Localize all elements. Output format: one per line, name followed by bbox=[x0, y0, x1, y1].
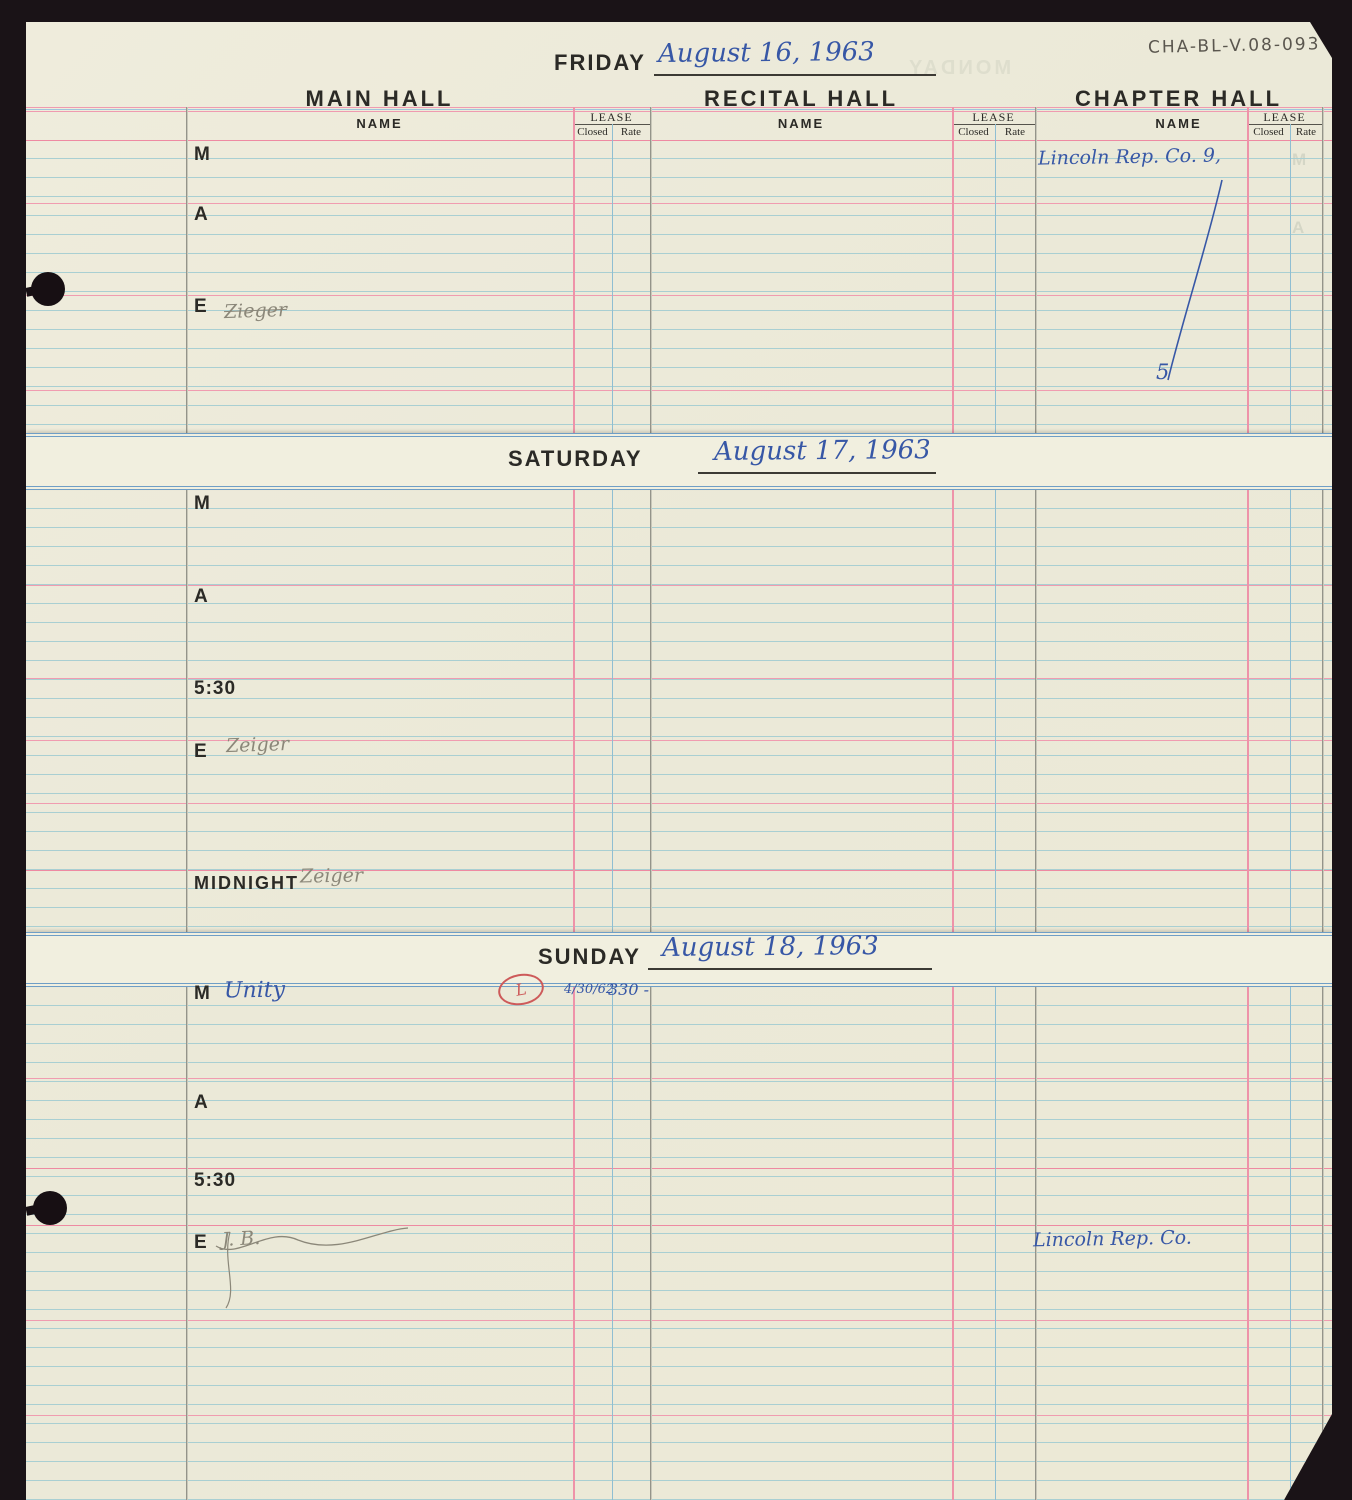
main-name-header: NAME bbox=[186, 116, 573, 131]
rule-vertical bbox=[186, 987, 188, 1500]
friday-chapter-slash-stroke bbox=[1146, 172, 1236, 392]
rule-vertical bbox=[650, 987, 652, 1500]
saturday-main-midnight-entry: Zeiger bbox=[300, 864, 363, 887]
recital-lease-underline bbox=[952, 124, 1035, 125]
sunday-marker-afternoon: A bbox=[194, 1092, 209, 1114]
rule-vertical bbox=[995, 987, 996, 1500]
rule-line bbox=[26, 140, 1332, 141]
chapter-closed-header: Closed bbox=[1247, 126, 1290, 138]
sunday-main-morning-rate-value: 330 - bbox=[608, 980, 649, 999]
rule-line bbox=[26, 740, 1332, 741]
rule-vertical bbox=[612, 124, 613, 433]
archive-code: CHA-BL-V.08-093 bbox=[1148, 34, 1321, 58]
rule-vertical bbox=[186, 107, 188, 433]
rule-vertical bbox=[1035, 490, 1037, 932]
punch-hole bbox=[33, 1191, 67, 1225]
sunday-main-evening-entry: J. B. bbox=[221, 1227, 260, 1251]
scan-backdrop: CHA-BL-V.08-093 MONDAY TUESDAY M A FRIDA… bbox=[0, 0, 1352, 1500]
friday-date-handwritten: August 16, 1963 bbox=[658, 37, 875, 69]
rule-vertical bbox=[952, 987, 954, 1500]
friday-date-line bbox=[654, 74, 936, 76]
sunday-marker-530: 5:30 bbox=[194, 1170, 236, 1192]
recital-lease-header: LEASE bbox=[952, 110, 1035, 125]
rule-vertical bbox=[1247, 490, 1249, 932]
saturday-marker-afternoon: A bbox=[194, 586, 209, 608]
rule-vertical bbox=[1290, 490, 1291, 932]
circled-letter: L bbox=[514, 979, 528, 1000]
saturday-grid bbox=[26, 490, 1332, 932]
rule-vertical bbox=[1035, 107, 1037, 433]
sunday-date-line bbox=[648, 968, 932, 970]
ledger-page: CHA-BL-V.08-093 MONDAY TUESDAY M A FRIDA… bbox=[26, 22, 1332, 1500]
saturday-date-line bbox=[698, 472, 936, 474]
chapter-lease-underline bbox=[1247, 124, 1322, 125]
sunday-marker-evening: E bbox=[194, 1232, 208, 1254]
friday-main-evening-entry: Zieger bbox=[224, 299, 288, 323]
saturday-marker-evening: E bbox=[194, 741, 208, 763]
rule-line bbox=[26, 870, 1332, 871]
sunday-main-morning-entry: Unity bbox=[224, 977, 285, 1003]
sunday-day-label: SUNDAY bbox=[538, 944, 641, 970]
saturday-date-handwritten: August 17, 1963 bbox=[714, 435, 931, 467]
sunday-date-handwritten: August 18, 1963 bbox=[662, 931, 879, 963]
rule-line bbox=[26, 390, 1332, 391]
rule-vertical bbox=[1290, 987, 1291, 1500]
rule-vertical bbox=[1247, 107, 1249, 433]
saturday-marker-morning: M bbox=[194, 493, 211, 515]
saturday-header-band bbox=[26, 433, 1332, 490]
rule-vertical bbox=[573, 987, 575, 1500]
saturday-marker-midnight: MIDNIGHT bbox=[194, 873, 299, 894]
rule-vertical bbox=[1322, 490, 1324, 932]
friday-chapter-rate-note: 5 bbox=[1156, 360, 1169, 384]
rule-vertical bbox=[573, 490, 575, 932]
rule-vertical bbox=[612, 987, 613, 1500]
rule-line bbox=[26, 1320, 1332, 1321]
rule-vertical bbox=[1322, 987, 1324, 1500]
recital-rate-header: Rate bbox=[995, 126, 1035, 138]
punch-hole bbox=[31, 272, 65, 306]
friday-day-label: FRIDAY bbox=[554, 50, 646, 76]
chapter-rate-header: Rate bbox=[1290, 126, 1322, 138]
saturday-day-label: SATURDAY bbox=[508, 446, 643, 472]
rule-line bbox=[26, 1078, 1332, 1079]
friday-marker-afternoon: A bbox=[194, 204, 209, 226]
rule-vertical bbox=[186, 490, 188, 932]
main-rate-header: Rate bbox=[612, 126, 650, 138]
recital-closed-header: Closed bbox=[952, 126, 995, 138]
rule-line bbox=[26, 1168, 1332, 1169]
rule-vertical bbox=[1290, 124, 1291, 433]
chapter-lease-header: LEASE bbox=[1247, 110, 1322, 125]
main-closed-header: Closed bbox=[573, 126, 612, 138]
rule-vertical bbox=[952, 107, 954, 433]
saturday-marker-530: 5:30 bbox=[194, 678, 236, 700]
friday-chapter-morning-entry: Lincoln Rep. Co. 9, bbox=[1038, 144, 1221, 169]
rule-vertical bbox=[995, 490, 996, 932]
rule-vertical bbox=[1247, 987, 1249, 1500]
friday-marker-morning: M bbox=[194, 144, 211, 166]
rule-line bbox=[26, 803, 1332, 804]
sunday-chapter-evening-entry: Lincoln Rep. Co. bbox=[1033, 1227, 1192, 1252]
main-lease-header: LEASE bbox=[573, 110, 650, 125]
sunday-main-morning-closed-value: 4/30/62 bbox=[564, 982, 614, 997]
rule-vertical bbox=[650, 107, 652, 433]
rule-vertical bbox=[1322, 107, 1324, 433]
saturday-main-evening-entry: Zeiger bbox=[226, 733, 290, 757]
sunday-marker-morning: M bbox=[194, 983, 211, 1005]
rule-vertical bbox=[952, 490, 954, 932]
table-top-rule bbox=[26, 107, 1332, 112]
rule-line bbox=[26, 295, 1332, 296]
rule-line bbox=[26, 585, 1332, 586]
rule-line bbox=[26, 203, 1332, 204]
recital-name-header: NAME bbox=[650, 116, 952, 131]
rule-line bbox=[26, 1415, 1332, 1416]
rule-vertical bbox=[573, 107, 575, 433]
friday-marker-evening: E bbox=[194, 296, 208, 318]
rule-vertical bbox=[995, 124, 996, 433]
rule-vertical bbox=[612, 490, 613, 932]
rule-vertical bbox=[650, 490, 652, 932]
bleed-through-monday: MONDAY bbox=[906, 57, 1011, 80]
